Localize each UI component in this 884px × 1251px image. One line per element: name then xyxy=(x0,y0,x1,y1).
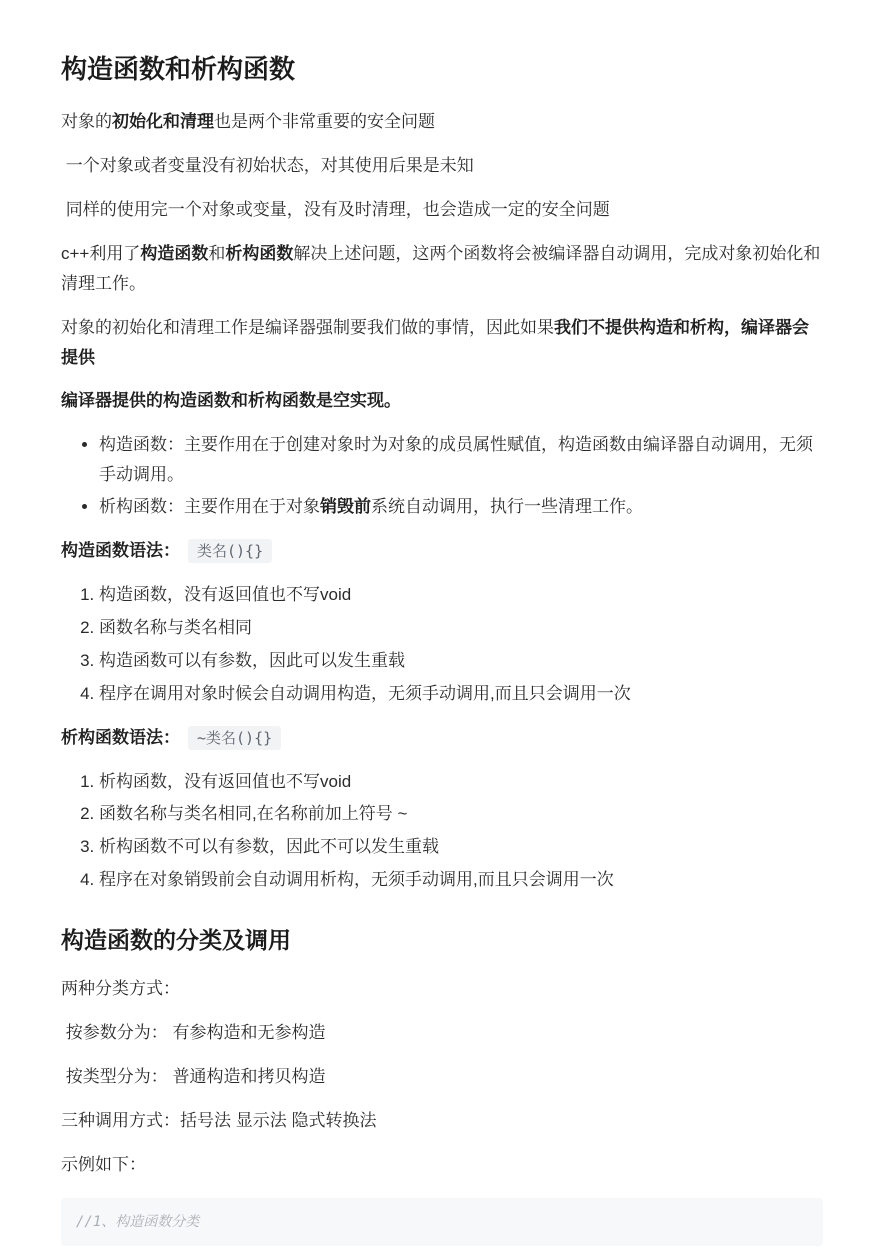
paragraph-init-cleanup: 对象的初始化和清理也是两个非常重要的安全问题 xyxy=(61,107,823,137)
paragraph-empty-implementation: 编译器提供的构造函数和析构函数是空实现。 xyxy=(61,386,823,416)
list-item: 构造函数可以有参数，因此可以发生重载 xyxy=(99,646,823,676)
paragraph-example-intro: 示例如下： xyxy=(61,1150,823,1180)
paragraph-no-cleanup: 同样的使用完一个对象或变量，没有及时清理，也会造成一定的安全问题 xyxy=(61,195,823,225)
text-run: 也是两个非常重要的安全问题 xyxy=(214,112,435,131)
paragraph-by-type: 按类型分为： 普通构造和拷贝构造 xyxy=(61,1062,823,1092)
text-run: c++利用了 xyxy=(61,244,140,263)
list-item: 程序在对象销毁前会自动调用析构，无须手动调用,而且只会调用一次 xyxy=(99,865,823,895)
list-item: 析构函数，没有返回值也不写void xyxy=(99,767,823,797)
page-title: 构造函数和析构函数 xyxy=(61,52,823,87)
list-item: 函数名称与类名相同 xyxy=(99,613,823,643)
dtor-syntax-code: ~类名(){} xyxy=(188,726,281,750)
list-item: 程序在调用对象时候会自动调用构造，无须手动调用,而且只会调用一次 xyxy=(99,679,823,709)
paragraph-by-parameter: 按参数分为： 有参构造和无参构造 xyxy=(61,1018,823,1048)
ctor-rules-list: 构造函数，没有返回值也不写void 函数名称与类名相同 构造函数可以有参数，因此… xyxy=(61,580,823,709)
definition-list: 构造函数：主要作用在于创建对象时为对象的成员属性赋值，构造函数由编译器自动调用，… xyxy=(61,430,823,522)
list-item: 构造函数，没有返回值也不写void xyxy=(99,580,823,610)
ctor-syntax-line: 构造函数语法：类名(){} xyxy=(61,536,823,566)
text-run: 系统自动调用，执行一些清理工作。 xyxy=(371,497,643,516)
list-item: 构造函数：主要作用在于创建对象时为对象的成员属性赋值，构造函数由编译器自动调用，… xyxy=(99,430,823,490)
list-item: 函数名称与类名相同,在名称前加上符号 ~ xyxy=(99,799,823,829)
text-run-bold: 初始化和清理 xyxy=(112,112,214,131)
dtor-syntax-line: 析构函数语法：~类名(){} xyxy=(61,723,823,753)
paragraph-cpp-solution: c++利用了构造函数和析构函数解决上述问题，这两个函数将会被编译器自动调用，完成… xyxy=(61,239,823,299)
text-run-bold: 析构函数 xyxy=(225,244,293,263)
ctor-syntax-label: 构造函数语法： xyxy=(61,541,180,560)
text-run: 构造函数：主要作用在于创建对象时为对象的成员属性赋值，构造函数由编译器自动调用，… xyxy=(99,435,813,484)
document-page: 构造函数和析构函数 对象的初始化和清理也是两个非常重要的安全问题 一个对象或者变… xyxy=(0,0,884,1251)
text-run: 对象的 xyxy=(61,112,112,131)
text-run: 析构函数：主要作用在于对象 xyxy=(99,497,320,516)
paragraph-compiler-provides: 对象的初始化和清理工作是编译器强制要我们做的事情，因此如果我们不提供构造和析构，… xyxy=(61,313,823,373)
text-run: 对象的初始化和清理工作是编译器强制要我们做的事情，因此如果 xyxy=(61,318,554,337)
ctor-syntax-code: 类名(){} xyxy=(188,539,272,563)
paragraph-two-classifications: 两种分类方式： xyxy=(61,974,823,1004)
text-run-bold: 构造函数 xyxy=(140,244,208,263)
text-run-bold: 编译器提供的构造函数和析构函数是空实现。 xyxy=(61,391,401,410)
text-run: 和 xyxy=(208,244,225,263)
paragraph-three-call-styles: 三种调用方式：括号法 显示法 隐式转换法 xyxy=(61,1106,823,1136)
code-block: //1、构造函数分类 xyxy=(61,1198,823,1246)
code-comment-line: //1、构造函数分类 xyxy=(76,1214,199,1230)
paragraph-no-init-state: 一个对象或者变量没有初始状态，对其使用后果是未知 xyxy=(61,151,823,181)
dtor-syntax-label: 析构函数语法： xyxy=(61,728,180,747)
section-heading-classification: 构造函数的分类及调用 xyxy=(61,925,823,956)
list-item: 析构函数：主要作用在于对象销毁前系统自动调用，执行一些清理工作。 xyxy=(99,492,823,522)
dtor-rules-list: 析构函数，没有返回值也不写void 函数名称与类名相同,在名称前加上符号 ~ 析… xyxy=(61,767,823,896)
text-run-bold: 销毁前 xyxy=(320,497,371,516)
list-item: 析构函数不可以有参数，因此不可以发生重载 xyxy=(99,832,823,862)
